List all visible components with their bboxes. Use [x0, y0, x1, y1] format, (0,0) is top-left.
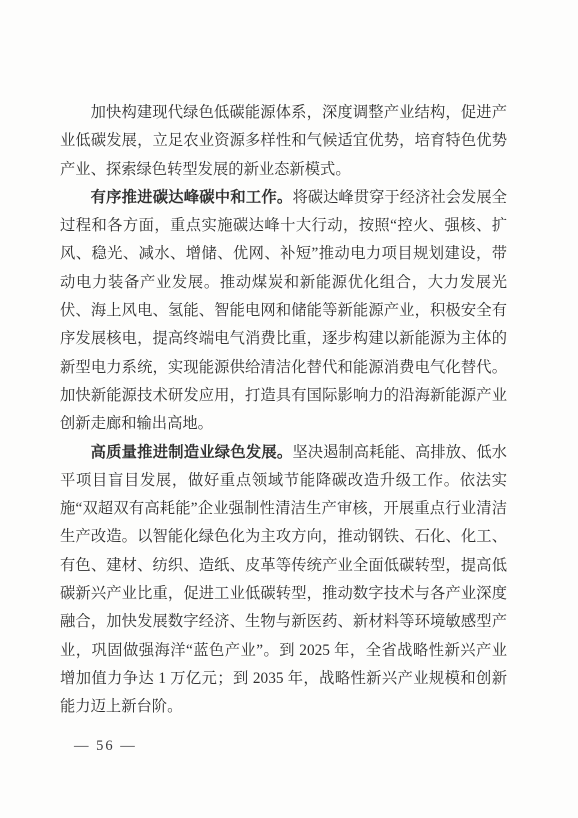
paragraph-text: 将碳达峰贯穿于经济社会发展全过程和各方面，重点实施碳达峰十大行动，按照“控火、强…	[60, 189, 507, 432]
paragraph-lead: 有序推进碳达峰碳中和工作。	[91, 189, 293, 206]
paragraph-lead: 高质量推进制造业绿色发展。	[91, 444, 293, 461]
page-number: — 56 —	[74, 738, 137, 755]
paragraph-text: 坚决遏制高耗能、高排放、低水平项目盲目发展，做好重点领域节能降碳改造升级工作。依…	[60, 444, 507, 716]
paragraph: 加快构建现代绿色低碳能源体系，深度调整产业结构，促进产业低碳发展，立足农业资源多…	[60, 99, 507, 184]
document-body: 加快构建现代绿色低碳能源体系，深度调整产业结构，促进产业低碳发展，立足农业资源多…	[60, 99, 507, 722]
paragraph: 高质量推进制造业绿色发展。坚决遏制高耗能、高排放、低水平项目盲目发展，做好重点领…	[60, 439, 507, 722]
paragraph-text: 加快构建现代绿色低碳能源体系，深度调整产业结构，促进产业低碳发展，立足农业资源多…	[60, 104, 507, 178]
paragraph: 有序推进碳达峰碳中和工作。将碳达峰贯穿于经济社会发展全过程和各方面，重点实施碳达…	[60, 184, 507, 439]
document-page: 加快构建现代绿色低碳能源体系，深度调整产业结构，促进产业低碳发展，立足农业资源多…	[0, 0, 578, 818]
